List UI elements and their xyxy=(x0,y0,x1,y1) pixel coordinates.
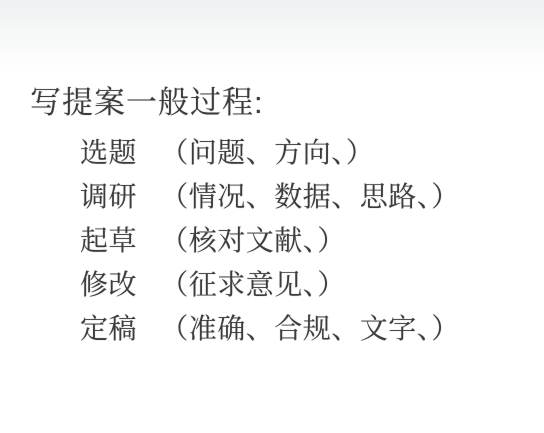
step-note: （准确、合规、文字、） xyxy=(160,307,460,351)
step-row: 起草 （核对文献、） xyxy=(80,219,460,263)
step-row: 调研 （情况、数据、思路、） xyxy=(80,175,460,219)
step-note: （核对文献、） xyxy=(160,219,346,263)
step-row: 定稿 （准确、合规、文字、） xyxy=(80,307,460,351)
note-page: 写提案一般过程: 选题 （问题、方向、） 调研 （情况、数据、思路、） 起草 （… xyxy=(0,0,544,433)
step-label: 修改 xyxy=(80,263,137,307)
page-title: 写提案一般过程: xyxy=(30,84,264,121)
step-label: 调研 xyxy=(80,175,137,219)
steps-list: 选题 （问题、方向、） 调研 （情况、数据、思路、） 起草 （核对文献、） 修改… xyxy=(80,131,460,351)
step-row: 选题 （问题、方向、） xyxy=(80,131,460,175)
step-label: 选题 xyxy=(80,131,137,175)
step-row: 修改 （征求意见、） xyxy=(80,263,460,307)
step-note: （征求意见、） xyxy=(160,263,346,307)
step-note: （情况、数据、思路、） xyxy=(160,175,460,219)
step-label: 起草 xyxy=(80,219,137,263)
step-label: 定稿 xyxy=(80,307,137,351)
step-note: （问题、方向、） xyxy=(160,131,374,175)
